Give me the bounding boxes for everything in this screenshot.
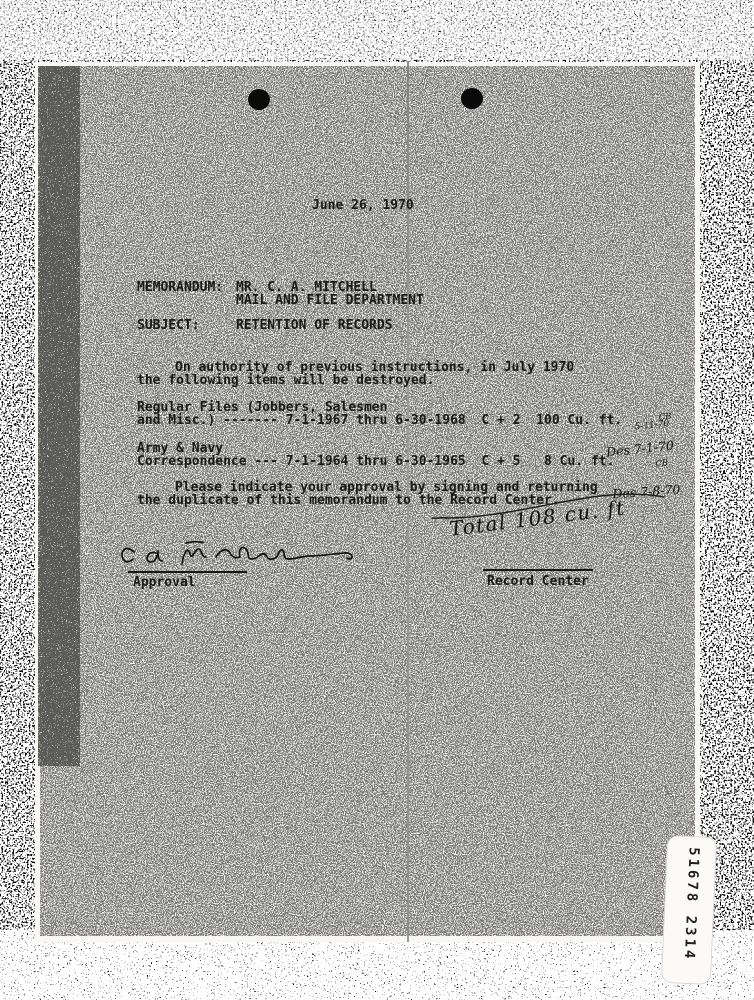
scanned-memo-screenshot: June 26, 1970 MEMORANDUM: MR. C. A. MITC… [0, 0, 754, 1000]
subject-label: SUBJECT: [137, 319, 200, 332]
record-center-label: Record Center [487, 575, 589, 588]
date-line: June 26, 1970 [312, 199, 414, 212]
subject-value: RETENTION OF RECORDS [236, 319, 393, 332]
hole-punch-right [461, 88, 483, 109]
intro-line-2: the following items will be destroyed. [137, 374, 434, 387]
record-center-overline [483, 569, 593, 571]
memorandum-label: MEMORANDUM: [137, 281, 223, 294]
hole-punch-left [248, 89, 270, 110]
item2-note-initials: CB [655, 458, 668, 469]
approval-label: Approval [133, 576, 196, 589]
item1-note-date: 5-11-70 [634, 419, 670, 433]
approval-overline [128, 571, 247, 573]
filing-tab: 51678 2314 [661, 835, 717, 985]
item1-line-2: and Misc.) ------- 7-1-1967 thru 6-30-19… [137, 414, 622, 427]
memorandum-department: MAIL AND FILE DEPARTMENT [236, 294, 424, 307]
item2-line-2: Correspondence --- 7-1-1964 thru 6-30-19… [137, 455, 614, 468]
tab-number: 51678 2314 [681, 847, 702, 962]
